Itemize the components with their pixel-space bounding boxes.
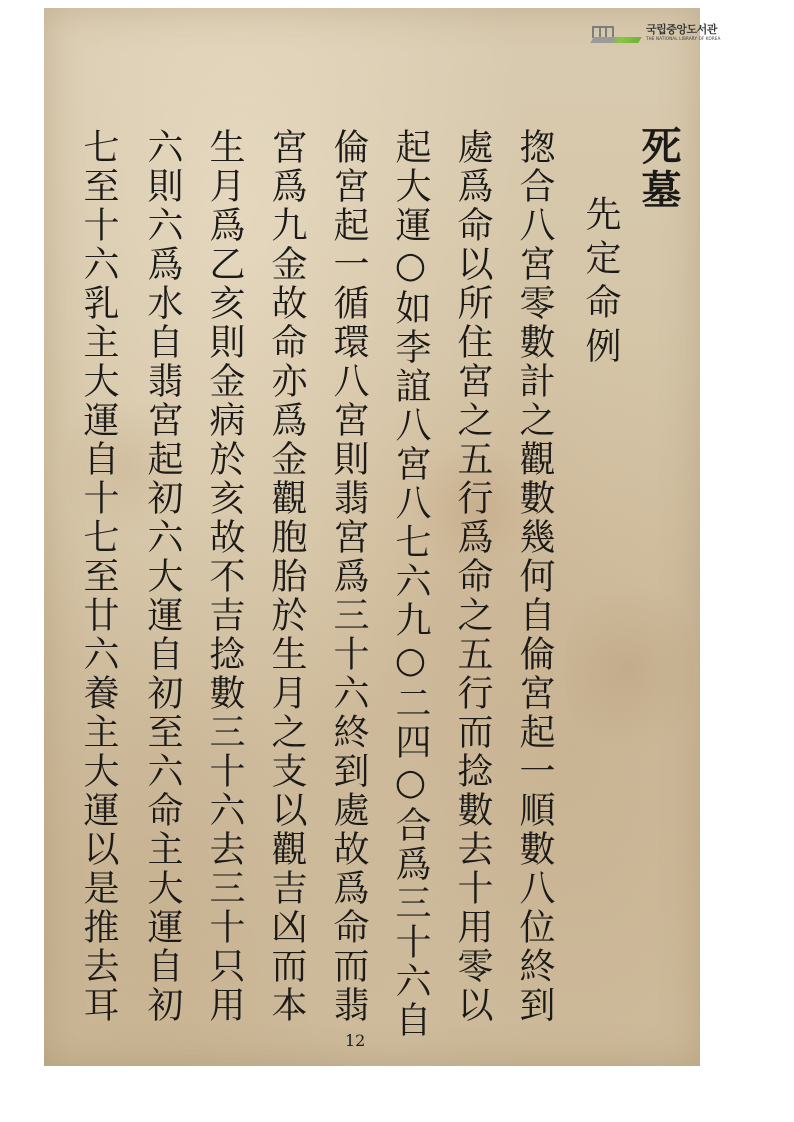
page-number: 12 bbox=[345, 1031, 365, 1050]
library-logo: 국립중앙도서관 The National Library of Korea bbox=[592, 24, 732, 54]
section-title: 先定命例 bbox=[578, 195, 622, 371]
text-column: 生月爲乙亥則金病於亥故不吉捻數三十六去三十只用 bbox=[204, 128, 244, 1025]
library-name-english: The National Library of Korea bbox=[646, 37, 721, 41]
text-column: 宮爲九金故命亦爲金觀胞胎於生月之支以觀吉凶而本 bbox=[266, 128, 306, 1025]
text-column: 六則六爲水自翡宮起初六大運自初至六命主大運自初 bbox=[142, 128, 182, 1025]
text-column: 起大運○如李誼八宮八七六九○二四○合爲三十六自 bbox=[390, 128, 430, 1040]
text-column: 揔合八宮零數計之觀數幾何自倫宮起一順數八位終到 bbox=[514, 128, 554, 1025]
text-column: 倫宮起一循環八宮則翡宮爲三十六終到處故爲命而翡 bbox=[328, 128, 368, 1025]
text-column: 處爲命以所住宮之五行爲命之五行而捻數去十用零以 bbox=[452, 128, 492, 1025]
paper-stain bbox=[564, 568, 694, 768]
library-name-korean: 국립중앙도서관 bbox=[646, 24, 721, 35]
library-logo-icon bbox=[592, 24, 642, 46]
chapter-title: 死墓 bbox=[636, 125, 680, 213]
text-column: 七至十六乳主大運自十七至廿六養主大運以是推去耳 bbox=[78, 128, 118, 1025]
